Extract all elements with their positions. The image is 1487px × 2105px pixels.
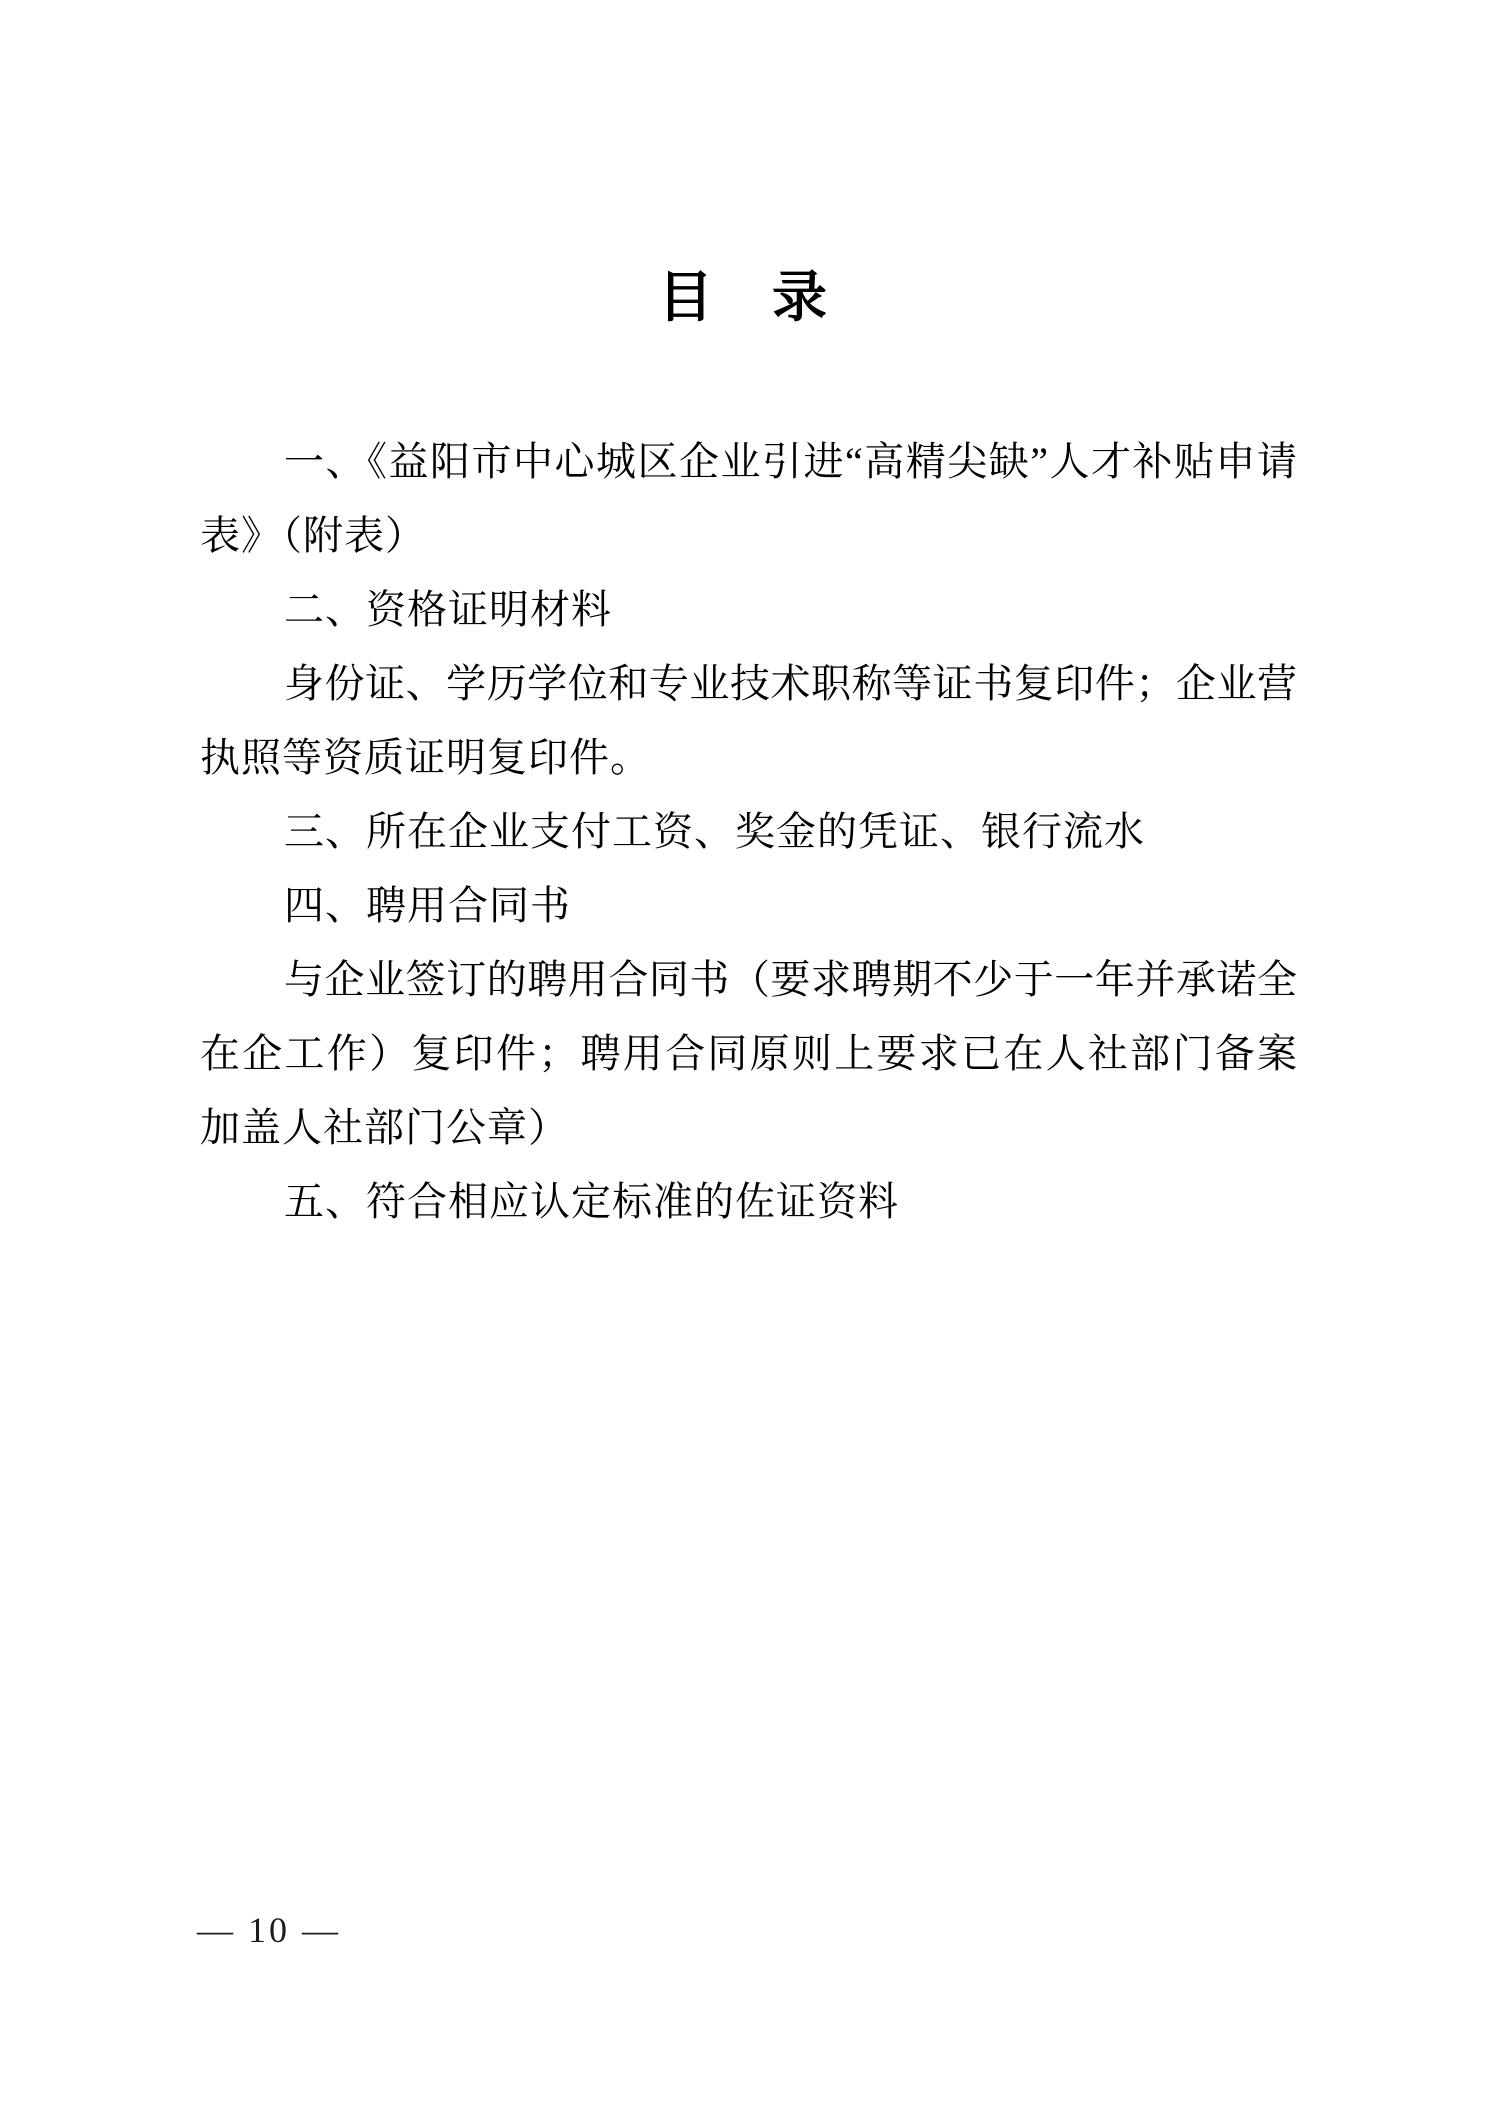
toc-line: 执照等资质证明复印件。 [200,721,1297,795]
toc-line: 四、聘用合同书 [200,869,1297,943]
toc-line: 一、《益阳市中心城区企业引进“高精尖缺”人才补贴申请 [200,425,1297,499]
toc-line: 加盖人社部门公章） [200,1091,1297,1165]
toc-line: 三、所在企业支付工资、奖金的凭证、银行流水 [200,795,1297,869]
toc-list: 一、《益阳市中心城区企业引进“高精尖缺”人才补贴申请表》（附表）二、资格证明材料… [200,425,1297,1239]
toc-line: 五、符合相应认定标准的佐证资料 [200,1165,1297,1239]
page-title: 目 录 [0,268,1487,328]
page-number: — 10 — [197,1908,341,1952]
toc-line: 二、资格证明材料 [200,573,1297,647]
toc-line: 在企工作）复印件；聘用合同原则上要求已在人社部门备案（须 [200,1017,1297,1091]
toc-line: 与企业签订的聘用合同书（要求聘期不少于一年并承诺全职 [200,943,1297,1017]
document-page: 目 录 一、《益阳市中心城区企业引进“高精尖缺”人才补贴申请表》（附表）二、资格… [0,0,1487,2105]
toc-line: 表》（附表） [200,499,1297,573]
toc-line: 身份证、学历学位和专业技术职称等证书复印件；企业营业 [200,647,1297,721]
